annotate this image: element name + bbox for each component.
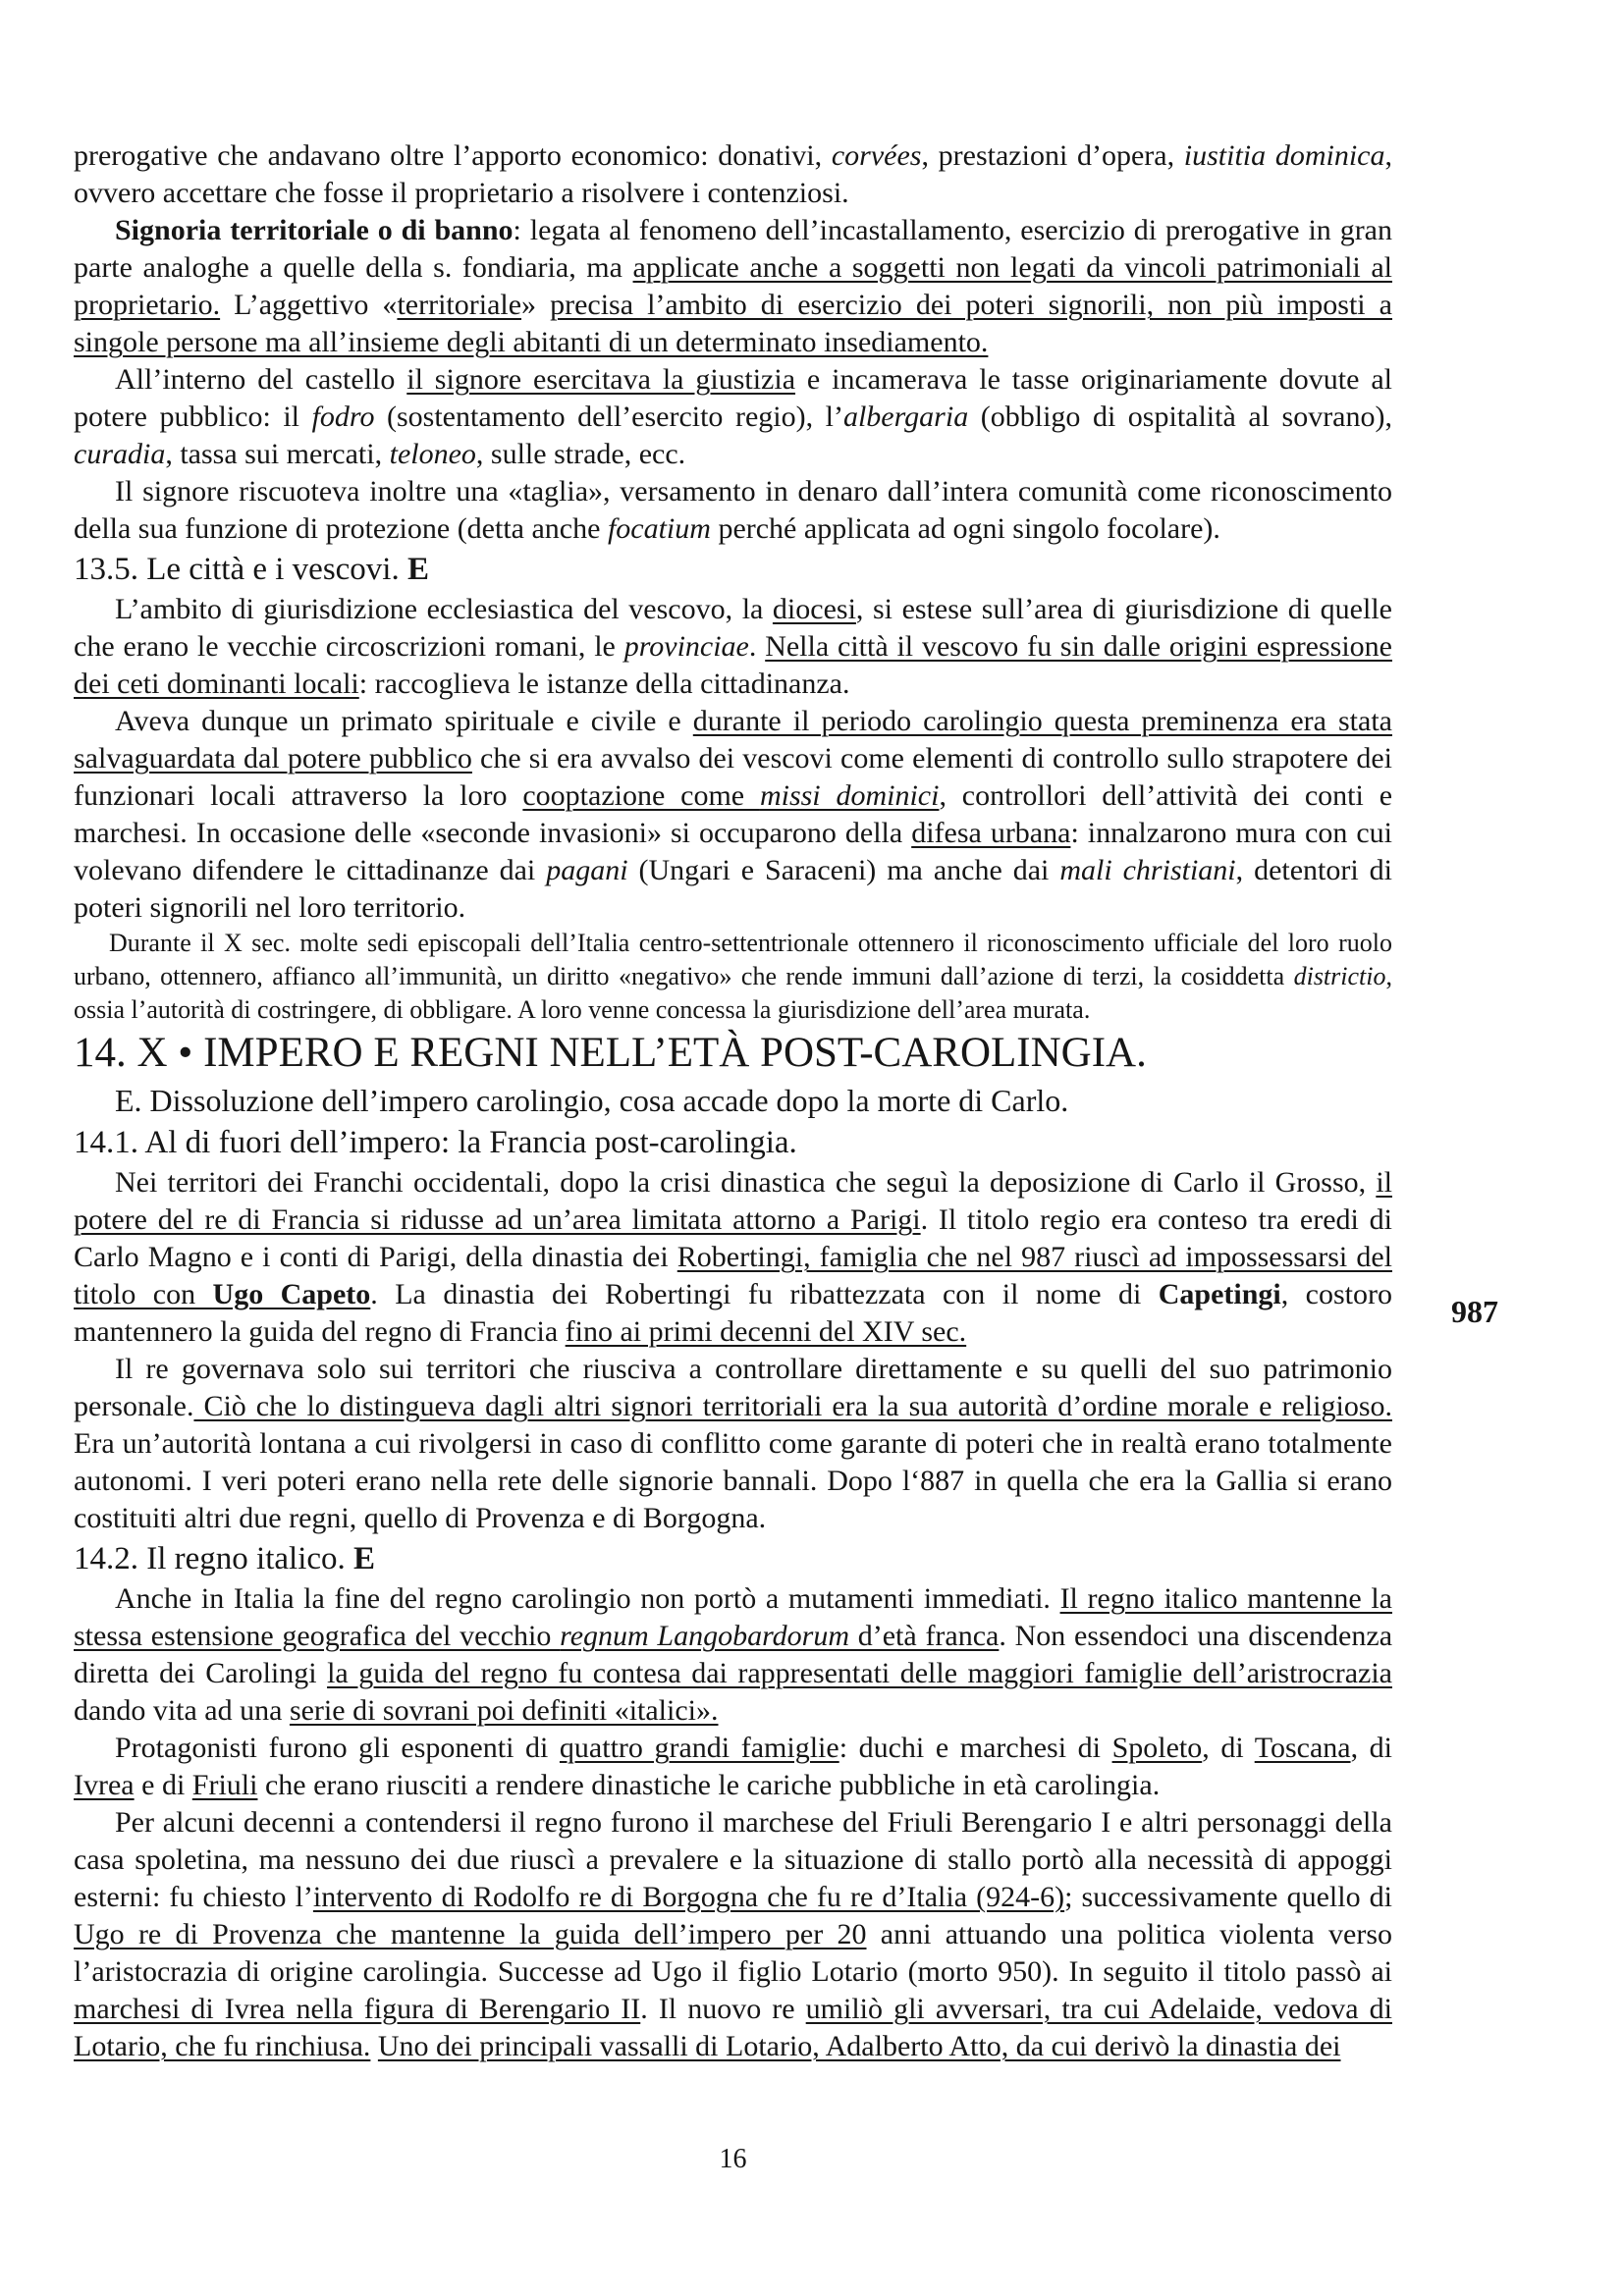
text-run: Aveva dunque un primato spirituale e civ…: [115, 705, 693, 737]
text-run: E: [353, 1541, 375, 1576]
chapter-heading-14: 14. X • IMPERO E REGNI NELL’ETÀ POST-CAR…: [74, 1027, 1392, 1080]
section-heading-13-5: 13.5. Le città e i vescovi. E: [74, 548, 1392, 591]
chapter-subheading-e: E. Dissoluzione dell’impero carolingio, …: [74, 1080, 1392, 1121]
text-run: intervento di Rodolfo re di Borgogna che…: [313, 1881, 1064, 1913]
paragraph-prerogative: prerogative che andavano oltre l’apporto…: [74, 137, 1392, 212]
paragraph-diocesi: L’ambito di giurisdizione ecclesiastica …: [74, 591, 1392, 703]
text-run: Era un’autorità lontana a cui rivolgersi…: [74, 1427, 1392, 1534]
text-run: L’ambito di giurisdizione ecclesiastica …: [115, 593, 773, 625]
page-number: 16: [74, 2144, 1392, 2175]
text-run: Ugo Capeto: [213, 1278, 371, 1310]
text-run: e di: [135, 1769, 192, 1801]
text-run: missi dominici: [760, 779, 940, 812]
text-run: serie di sovrani poi definiti «italici».: [290, 1694, 719, 1727]
text-run: Capetingi: [1159, 1278, 1281, 1310]
text-run: . La dinastia dei Robertingi fu ribattez…: [370, 1278, 1158, 1310]
text-run: albergaria: [843, 400, 968, 433]
paragraph-primato: Aveva dunque un primato spirituale e civ…: [74, 703, 1392, 927]
text-run: L’aggettivo «: [220, 289, 397, 321]
text-run: diocesi: [773, 593, 856, 625]
text-run: corvées: [832, 139, 922, 172]
text-run: 13.5. Le città e i vescovi.: [74, 552, 407, 587]
text-run: , tassa sui mercati,: [165, 438, 389, 470]
margin-note-987: 987: [1451, 1294, 1498, 1330]
text-run: Ugo re di Provenza che mantenne la guida…: [74, 1918, 867, 1950]
document-page: prerogative che andavano oltre l’apporto…: [0, 0, 1623, 2296]
text-run: (obbligo di ospitalità al sovrano),: [968, 400, 1392, 433]
text-run: districtio: [1294, 962, 1386, 990]
text-run: teloneo: [390, 438, 476, 470]
paragraph-regno-italico: Anche in Italia la fine del regno caroli…: [74, 1580, 1392, 1730]
text-run: regnum Langobardorum: [560, 1620, 849, 1652]
text-run: il signore esercitava la giustizia: [406, 363, 795, 396]
text-run: Signoria territoriale o di banno: [115, 214, 514, 246]
text-run: quattro grandi famiglie: [560, 1732, 839, 1764]
document-content: prerogative che andavano oltre l’apporto…: [74, 137, 1392, 2065]
text-run: perché applicata ad ogni singolo focolar…: [711, 512, 1220, 545]
text-run: Toscana: [1255, 1732, 1351, 1764]
paragraph-quattro-famiglie: Protagonisti furono gli esponenti di qua…: [74, 1730, 1392, 1804]
text-run: Spoleto: [1112, 1732, 1203, 1764]
text-run: Friuli: [192, 1769, 258, 1801]
text-run: 14. X • IMPERO E REGNI NELL’ETÀ POST-CAR…: [74, 1030, 1147, 1076]
text-run: pagani: [546, 854, 627, 886]
paragraph-signoria-territoriale: Signoria territoriale o di banno: legata…: [74, 212, 1392, 361]
text-run: dando vita ad una: [74, 1694, 290, 1727]
text-run: »: [521, 289, 550, 321]
text-run: , di: [1202, 1732, 1254, 1764]
text-run: Anche in Italia la fine del regno caroli…: [115, 1582, 1060, 1615]
text-run: , sulle strade, ecc.: [476, 438, 685, 470]
text-run: curadia: [74, 438, 165, 470]
section-heading-14-1: 14.1. Al di fuori dell’impero: la Franci…: [74, 1121, 1392, 1164]
paragraph-castello: All’interno del castello il signore eser…: [74, 361, 1392, 473]
text-run: Protagonisti furono gli esponenti di: [115, 1732, 560, 1764]
text-run: fodro: [312, 400, 375, 433]
text-run: cooptazione come: [522, 779, 760, 812]
text-run: territoriale: [397, 289, 521, 321]
paragraph-taglia: Il signore riscuoteva inoltre una «tagli…: [74, 473, 1392, 548]
text-run: iustitia dominica: [1184, 139, 1385, 172]
text-run: mali christiani: [1059, 854, 1235, 886]
text-run: : raccoglieva le istanze della cittadina…: [359, 667, 850, 700]
paragraph-berengario: Per alcuni decenni a contendersi il regn…: [74, 1804, 1392, 2065]
text-run: E: [407, 552, 429, 587]
text-run: [370, 2030, 378, 2062]
section-heading-14-2: 14.2. Il regno italico. E: [74, 1537, 1392, 1580]
text-run: 14.1. Al di fuori dell’impero: la Franci…: [74, 1125, 797, 1160]
paragraph-re-governava: Il re governava solo sui territori che r…: [74, 1351, 1392, 1537]
text-run: Nei territori dei Franchi occidentali, d…: [115, 1166, 1376, 1199]
text-run: la guida del regno fu contesa dai rappre…: [327, 1657, 1392, 1689]
text-run: (sostentamento dell’esercito regio), l’: [374, 400, 843, 433]
text-run: Ivrea: [74, 1769, 135, 1801]
paragraph-franchi-occidentali: Nei territori dei Franchi occidentali, d…: [74, 1164, 1392, 1351]
text-run: che erano riusciti a rendere dinastiche …: [257, 1769, 1160, 1801]
text-run: 14.2. Il regno italico.: [74, 1541, 353, 1576]
text-run: All’interno del castello: [115, 363, 406, 396]
text-run: , di: [1351, 1732, 1392, 1764]
text-run: Durante il X sec. molte sedi episcopali …: [74, 929, 1392, 990]
text-run: marchesi di Ivrea nella figura di Bereng…: [74, 1993, 640, 2025]
text-run: prerogative che andavano oltre l’apporto…: [74, 139, 832, 172]
text-run: E. Dissoluzione dell’impero carolingio, …: [115, 1083, 1068, 1118]
text-run: , prestazioni d’opera,: [921, 139, 1183, 172]
text-run: (Ungari e Saraceni) ma anche dai: [628, 854, 1060, 886]
paragraph-sedi-episcopali: Durante il X sec. molte sedi episcopali …: [74, 927, 1392, 1027]
text-run: .: [749, 630, 765, 663]
text-run: Uno dei principali vassalli di Lotario, …: [378, 2030, 1341, 2062]
text-run: provinciae: [624, 630, 749, 663]
text-run: focatium: [608, 512, 711, 545]
text-run: fino ai primi decenni del XIV sec.: [566, 1315, 967, 1348]
text-run: difesa urbana: [911, 817, 1070, 849]
text-run: Ciò che lo distingueva dagli altri signo…: [193, 1390, 1392, 1422]
text-run: . Il nuovo re: [640, 1993, 805, 2025]
text-run: : duchi e marchesi di: [839, 1732, 1112, 1764]
text-run: ; successivamente quello di: [1064, 1881, 1392, 1913]
text-run: d’età franca: [849, 1620, 999, 1652]
